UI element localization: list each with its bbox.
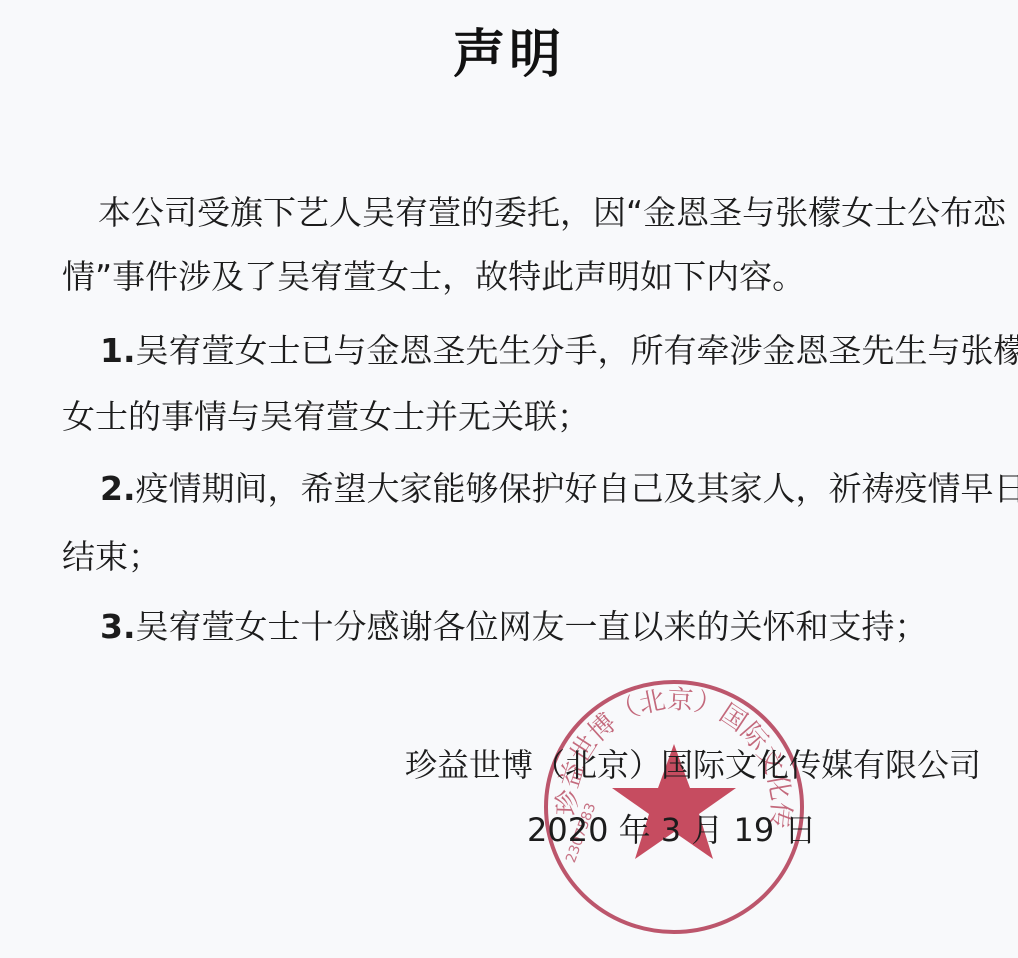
intro-line-2: 情”事件涉及了吴宥萱女士，故特此声明如下内容。 <box>62 260 805 293</box>
statement-document: 声明 本公司受旗下艺人吴宥萱的委托，因“金恩圣与张檬女士公布恋 情”事件涉及了吴… <box>0 0 1018 958</box>
item-number: 3. <box>100 607 136 646</box>
document-title: 声明 <box>0 20 1018 90</box>
item-text: 吴宥萱女士已与金恩圣先生分手，所有牵涉金恩圣先生与张檬 <box>136 331 1018 370</box>
intro-line-1: 本公司受旗下艺人吴宥萱的委托，因“金恩圣与张檬女士公布恋 <box>98 196 1006 229</box>
item-text-continued: 结束； <box>62 540 161 573</box>
item-text: 疫情期间，希望大家能够保护好自己及其家人，祈祷疫情早日 <box>136 469 1018 508</box>
company-seal-icon: 珍益世博（北京）国际文化传媒有限公司 2307583 <box>538 676 808 938</box>
item-text-continued: 女士的事情与吴宥萱女士并无关联； <box>62 400 590 433</box>
company-signature: 珍益世博（北京）国际文化传媒有限公司 <box>405 747 981 783</box>
item-text: 吴宥萱女士十分感谢各位网友一直以来的关怀和支持； <box>136 607 928 646</box>
statement-date: 2020 年 3 月 19 日 <box>527 812 816 848</box>
item-number: 1. <box>100 331 136 370</box>
item-number: 2. <box>100 469 136 508</box>
